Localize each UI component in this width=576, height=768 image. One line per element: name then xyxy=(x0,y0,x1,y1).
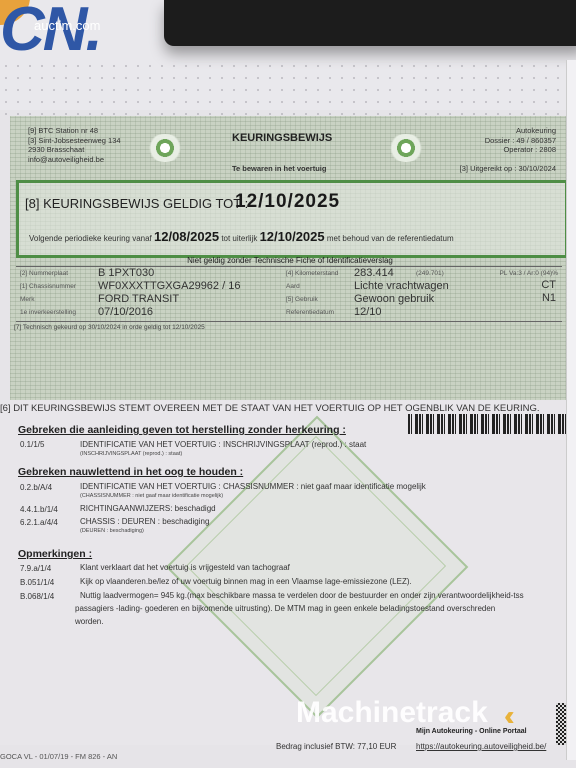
document-subtitle: Te bewaren in het voertuig xyxy=(232,164,326,173)
next-inspection-line: Volgende periodieke keuring vanaf 12/08/… xyxy=(29,229,454,244)
not-valid-notice: Niet geldig zonder Technische Fiche of I… xyxy=(10,256,570,265)
auctim-watermark: auctim.com xyxy=(34,18,100,33)
validity-box: [8] KEURINGSBEWIJS GELDIG TOT : 12/10/20… xyxy=(16,180,568,258)
section-heading-remarks: Opmerkingen : xyxy=(18,548,92,560)
station-address: [9] BTC Station nr 48 [3] Sint-Jobsestee… xyxy=(28,126,121,164)
inspection-certificate: [9] BTC Station nr 48 [3] Sint-Jobsestee… xyxy=(10,116,570,406)
validity-label: [8] KEURINGSBEWIJS GELDIG TOT : xyxy=(25,196,248,211)
black-tray xyxy=(164,0,576,46)
barcode xyxy=(408,414,576,434)
eye-logo-icon xyxy=(145,134,185,162)
vehicle-make: FORD TRANSIT xyxy=(98,293,179,305)
vehicle-details: [2] Nummerplaat B 1PXT030 [1] Chassisnum… xyxy=(16,266,562,322)
section-heading-repair: Gebreken die aanleiding geven tot herste… xyxy=(18,424,346,436)
license-plate: B 1PXT030 xyxy=(98,267,154,279)
first-registration: 07/10/2016 xyxy=(98,306,153,318)
portal-link[interactable]: https://autokeuring.autoveiligheid.be/ xyxy=(416,742,546,751)
valid-until-date: 12/10/2025 xyxy=(235,191,340,213)
machinetrack-watermark: Machinetrack xyxy=(296,696,488,730)
conformity-statement: [6] DIT KEURINGSBEWIJS STEMT OVEREEN MET… xyxy=(0,403,540,414)
eye-logo-icon xyxy=(386,134,426,162)
paper-edge xyxy=(566,60,576,760)
odometer: 283.414 xyxy=(354,267,394,279)
form-code: GOCA VL - 01/07/19 - FM 826 - AN xyxy=(0,752,117,761)
chassis-number: WF0XXXTTGXGA29962 / 16 xyxy=(98,280,240,292)
technical-line: [7] Technisch gekeurd op 30/10/2024 in o… xyxy=(14,324,205,331)
issue-date: [3] Uitgereikt op : 30/10/2024 xyxy=(460,164,556,173)
amount-incl-vat: Bedrag inclusief BTW: 77,10 EUR xyxy=(276,742,396,751)
dossier-info: Autokeuring Dossier : 49 / 860357 Operat… xyxy=(485,126,556,155)
portal-title: Mijn Autokeuring - Online Portaal xyxy=(416,728,527,735)
reference-date: 12/10 xyxy=(354,306,382,318)
dotted-surface xyxy=(0,60,576,120)
vehicle-type: Lichte vrachtwagen xyxy=(354,280,449,292)
usage: Gewoon gebruik xyxy=(354,293,434,305)
document-title: KEURINGSBEWIJS xyxy=(232,132,332,144)
section-heading-monitor: Gebreken nauwlettend in het oog te houde… xyxy=(18,466,243,478)
inspection-report: [6] DIT KEURINGSBEWIJS STEMT OVEREEN MET… xyxy=(0,400,576,745)
